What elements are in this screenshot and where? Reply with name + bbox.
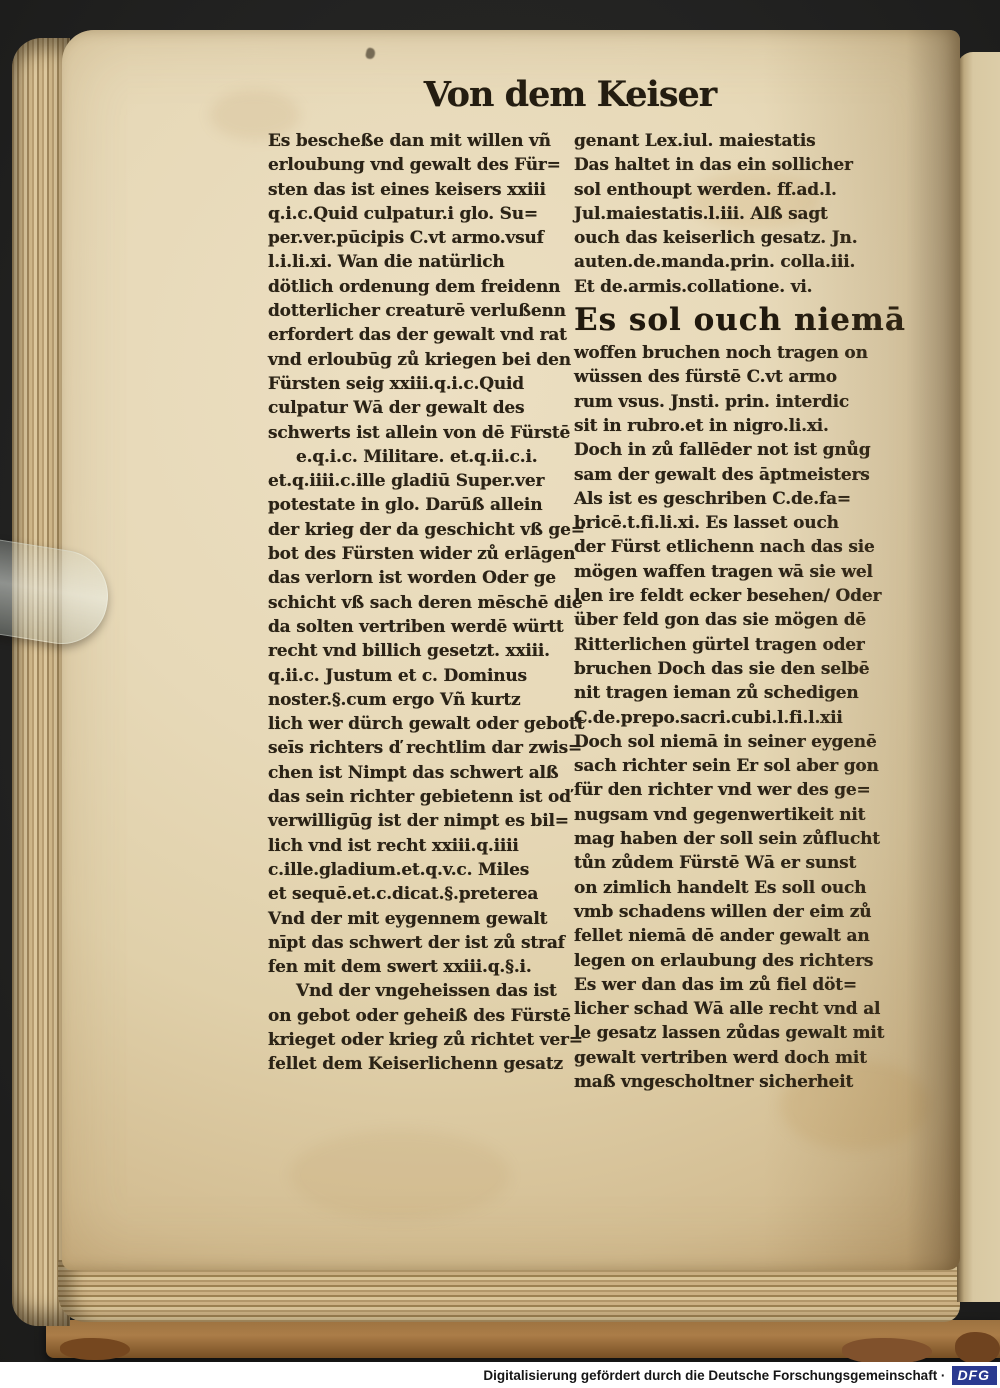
text-line: recht vnd billich gesetzt. xxiii. bbox=[268, 639, 568, 663]
text-line: der Fürst etlichenn nach das sie bbox=[574, 535, 874, 559]
text-line: Als ist es geschriben C.de.fa= bbox=[574, 487, 874, 511]
text-line: Et de.armis.collatione. vi. bbox=[574, 275, 874, 299]
text-line: maß vngescholtner sicherheit bbox=[574, 1070, 874, 1094]
text-line: da solten vertriben werdē württ bbox=[268, 615, 568, 639]
text-line: Ritterlichen gürtel tragen oder bbox=[574, 633, 874, 657]
digitization-banner: Digitalisierung gefördert durch die Deut… bbox=[0, 1362, 1000, 1388]
text-line: für den richter vnd wer des ge= bbox=[574, 778, 874, 802]
text-line: noster.§.cum ergo Vñ kurtz bbox=[268, 688, 568, 712]
text-line: der krieg der da geschicht vß ge= bbox=[268, 518, 568, 542]
text-line: et sequē.et.c.dicat.§.preterea bbox=[268, 882, 568, 906]
text-line: mag haben der soll sein zůflucht bbox=[574, 827, 874, 851]
section-heading: Es sol ouch niemā bbox=[574, 299, 874, 341]
text-line: krieget oder krieg zů richtet ver= bbox=[268, 1028, 568, 1052]
text-line: nīpt das schwert der ist zů straf bbox=[268, 931, 568, 955]
text-line: sam der gewalt des āptmeisters bbox=[574, 463, 874, 487]
text-line: q.i.c.Quid culpatur.i glo. Su= bbox=[268, 202, 568, 226]
text-line: Vnd der mit eygennem gewalt bbox=[268, 907, 568, 931]
text-line: schwerts ist allein von dē Fürstē bbox=[268, 421, 568, 445]
text-line: len ire feldt ecker besehen/ Oder bbox=[574, 584, 874, 608]
text-line: sol enthoupt werden. ff.ad.l. bbox=[574, 178, 874, 202]
text-line: c.ille.gladium.et.q.v.c. Miles bbox=[268, 858, 568, 882]
text-line: lich vnd ist recht xxiii.q.iiii bbox=[268, 834, 568, 858]
text-line: C.de.prepo.sacri.cubi.l.fi.l.xii bbox=[574, 706, 874, 730]
text-line: lich wer dürch gewalt oder gebott bbox=[268, 712, 568, 736]
text-line: schicht vß sach deren mēschē die bbox=[268, 591, 568, 615]
text-line: sach richter sein Er sol aber gon bbox=[574, 754, 874, 778]
text-line: gewalt vertriben werd doch mit bbox=[574, 1046, 874, 1070]
text-line: chen ist Nimpt das schwert alß bbox=[268, 761, 568, 785]
leather-binding-fragment bbox=[842, 1338, 932, 1364]
text-line: über feld gon das sie mögen dē bbox=[574, 608, 874, 632]
text-line: verwilligūg ist der nimpt es bil= bbox=[268, 809, 568, 833]
facing-page-sliver bbox=[957, 52, 1000, 1302]
text-line: on zimlich handelt Es soll ouch bbox=[574, 876, 874, 900]
text-line: Das haltet in das ein sollicher bbox=[574, 153, 874, 177]
text-line: erloubung vnd gewalt des Für= bbox=[268, 153, 568, 177]
text-line: tůn zůdem Fürstē Wā er sunst bbox=[574, 851, 874, 875]
text-line: bricē.t.fi.li.xi. Es lasset ouch bbox=[574, 511, 874, 535]
text-column-right: genant Lex.iul. maiestatisDas haltet in … bbox=[574, 129, 874, 1094]
text-line: fellet niemā dē ander gewalt an bbox=[574, 924, 874, 948]
text-line: genant Lex.iul. maiestatis bbox=[574, 129, 874, 153]
text-line: auten.de.manda.prin. colla.iii. bbox=[574, 250, 874, 274]
dfg-logo: DFG bbox=[952, 1366, 997, 1385]
text-line: woffen bruchen noch tragen on bbox=[574, 341, 874, 365]
text-line: sit in rubro.et in nigro.li.xi. bbox=[574, 414, 874, 438]
text-line: Vnd der vngeheissen das ist bbox=[268, 979, 568, 1003]
text-line: das sein richter gebietenn ist oď bbox=[268, 785, 568, 809]
text-line: l.i.li.xi. Wan die natürlich bbox=[268, 250, 568, 274]
text-line: q.ii.c. Justum et c. Dominus bbox=[268, 664, 568, 688]
text-line: potestate in glo. Darūß allein bbox=[268, 493, 568, 517]
text-line: ouch das keiserlich gesatz. Jn. bbox=[574, 226, 874, 250]
text-line: per.ver.pūcipis C.vt armo.vsuf bbox=[268, 226, 568, 250]
text-line: bot des Fürsten wider zů erlāgen bbox=[268, 542, 568, 566]
text-line: le gesatz lassen zůdas gewalt mit bbox=[574, 1021, 874, 1045]
text-line: Fürsten seig xxiii.q.i.c.Quid bbox=[268, 372, 568, 396]
text-line: dotterlicher creaturē verlußenn bbox=[268, 299, 568, 323]
text-line: das verlorn ist worden Oder ge bbox=[268, 566, 568, 590]
running-title: Von dem Keiser bbox=[420, 74, 720, 115]
text-line: Doch sol niemā in seiner eygenē bbox=[574, 730, 874, 754]
text-line: nugsam vnd gegenwertikeit nit bbox=[574, 803, 874, 827]
text-line: Es wer dan das im zů fiel döt= bbox=[574, 973, 874, 997]
text-line: rum vsus. Jnsti. prin. interdic bbox=[574, 390, 874, 414]
text-line: e.q.i.c. Militare. et.q.ii.c.i. bbox=[268, 445, 568, 469]
text-line: et.q.iiii.c.ille gladiū Super.ver bbox=[268, 469, 568, 493]
text-line: fellet dem Keiserlichenn gesatz bbox=[268, 1052, 568, 1076]
text-line: mögen waffen tragen wā sie wel bbox=[574, 560, 874, 584]
text-line: Doch in zů fallēder not ist gnůg bbox=[574, 438, 874, 462]
text-column-left: Es bescheße dan mit willen vñerloubung v… bbox=[268, 129, 568, 1077]
text-line: fen mit dem swert xxiii.q.§.i. bbox=[268, 955, 568, 979]
text-line: Jul.maiestatis.l.iii. Alß sagt bbox=[574, 202, 874, 226]
text-line: dötlich ordenung dem freidenn bbox=[268, 275, 568, 299]
digitization-credit-text: Digitalisierung gefördert durch die Deut… bbox=[483, 1368, 945, 1383]
text-line: wüssen des fürstē C.vt armo bbox=[574, 365, 874, 389]
text-line: vnd erloubūg zů kriegen bei den bbox=[268, 348, 568, 372]
text-line: vmb schadens willen der eim zů bbox=[574, 900, 874, 924]
text-line: legen on erlaubung des richters bbox=[574, 949, 874, 973]
leather-binding-fragment bbox=[955, 1332, 1000, 1364]
text-line: sten das ist eines keisers xxiii bbox=[268, 178, 568, 202]
text-line: Es bescheße dan mit willen vñ bbox=[268, 129, 568, 153]
text-line: seīs richters ď rechtlim dar zwis= bbox=[268, 736, 568, 760]
text-line: erfordert das der gewalt vnd rat bbox=[268, 323, 568, 347]
text-line: culpatur Wā der gewalt des bbox=[268, 396, 568, 420]
text-line: bruchen Doch das sie den selbē bbox=[574, 657, 874, 681]
text-line: licher schad Wā alle recht vnd al bbox=[574, 997, 874, 1021]
leather-binding-fragment bbox=[60, 1338, 130, 1360]
text-line: on gebot oder geheiß des Fürstē bbox=[268, 1004, 568, 1028]
text-line: nit tragen ieman zů schedigen bbox=[574, 681, 874, 705]
